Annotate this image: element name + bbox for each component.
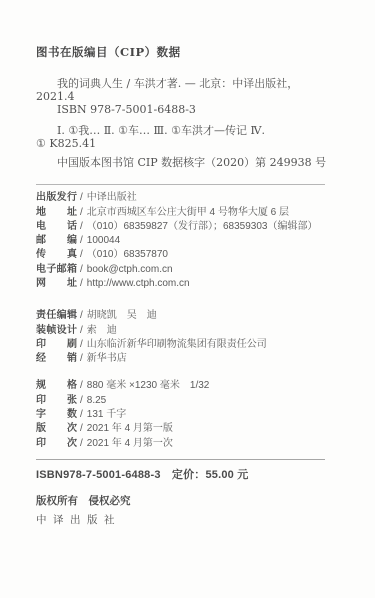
info-label: 电子邮箱	[36, 263, 77, 277]
info-row-publisher: 出版发行/中译出版社	[36, 191, 325, 205]
info-value: 100044	[87, 235, 120, 246]
info-label: 出版发行	[36, 191, 77, 205]
info-value: （010）68359827（发行部）；68359303（编辑部）	[87, 221, 318, 232]
info-value: http://www.ctph.com.cn	[87, 278, 190, 289]
cip-classification-block: Ⅰ. ①我… Ⅱ. ①车… Ⅲ. ①车洪才—传记 Ⅳ. ① K825.41	[36, 124, 325, 150]
label-value-separator: /	[77, 192, 87, 203]
info-row-format: 规格/880 毫米 ×1230 毫米 1/32	[36, 379, 325, 393]
info-label: 字数	[36, 408, 77, 422]
info-row-editor: 责任编辑/胡晓凯 吴 迪	[36, 309, 325, 323]
label-value-separator: /	[77, 264, 87, 275]
info-value: 北京市西城区车公庄大街甲 4 号物华大厦 6 层	[87, 207, 289, 218]
label-value-separator: /	[77, 278, 87, 289]
info-label: 印次	[36, 437, 77, 451]
info-label: 经销	[36, 352, 77, 366]
info-value: 索 迪	[87, 325, 117, 336]
publication-info: 出版发行/中译出版社 地址/北京市西城区车公庄大街甲 4 号物华大厦 6 层 电…	[36, 191, 325, 451]
cip-year-line: 2021.4	[36, 90, 325, 103]
info-label: 电话	[36, 220, 77, 234]
label-value-separator: /	[77, 207, 87, 218]
label-value-separator: /	[77, 221, 87, 232]
isbn-price-line: ISBN978-7-5001-6488-3 定价：55.00 元	[36, 466, 325, 482]
cip-title-line: 我的词典人生 / 车洪才著. — 北京：中译出版社，	[36, 77, 325, 90]
label-value-separator: /	[77, 339, 87, 350]
info-value: 山东临沂新华印刷物流集团有限责任公司	[87, 339, 267, 350]
info-row-designer: 装帧设计/索 迪	[36, 324, 325, 338]
cip-section: 图书在版编目（CIP）数据 我的词典人生 / 车洪才著. — 北京：中译出版社，…	[36, 44, 325, 169]
info-value: 新华书店	[87, 353, 127, 364]
label-value-separator: /	[77, 409, 87, 420]
info-value: 8.25	[87, 395, 106, 406]
cip-isbn-line: ISBN 978-7-5001-6488-3	[36, 103, 325, 116]
info-label: 版次	[36, 422, 77, 436]
publisher-imprint: 中译出版社	[36, 512, 325, 527]
info-label: 印张	[36, 394, 77, 408]
info-value: 胡晓凯 吴 迪	[87, 310, 157, 321]
info-row-email: 电子邮箱/book@ctph.com.cn	[36, 263, 325, 277]
label-value-separator: /	[77, 395, 87, 406]
cip-record-number-line: 中国版本图书馆 CIP 数据核字（2020）第 249938 号	[36, 156, 325, 169]
info-row-sheets: 印张/8.25	[36, 394, 325, 408]
page-content: 图书在版编目（CIP）数据 我的词典人生 / 车洪才著. — 北京：中译出版社，…	[0, 0, 375, 527]
info-row-wordcount: 字数/131 千字	[36, 408, 325, 422]
info-row-distributor: 经销/新华书店	[36, 352, 325, 366]
info-label: 传真	[36, 248, 77, 262]
info-row-address: 地址/北京市西城区车公庄大街甲 4 号物华大厦 6 层	[36, 206, 325, 220]
info-value: 880 毫米 ×1230 毫米 1/32	[87, 380, 210, 391]
label-value-separator: /	[77, 423, 87, 434]
info-value: 2021 年 4 月第一版	[87, 423, 173, 434]
cip-bibliographic-block: 我的词典人生 / 车洪才著. — 北京：中译出版社， 2021.4 ISBN 9…	[36, 77, 325, 117]
info-value: 中译出版社	[87, 192, 137, 203]
info-row-website: 网址/http://www.ctph.com.cn	[36, 277, 325, 291]
info-row-edition: 版次/2021 年 4 月第一版	[36, 422, 325, 436]
divider-top	[36, 184, 325, 185]
info-value: 131 千字	[87, 409, 126, 420]
info-value: 2021 年 4 月第一次	[87, 438, 173, 449]
divider-bottom	[36, 459, 325, 460]
copyright-notice: 版权所有 侵权必究	[36, 493, 325, 508]
book-copyright-page: 图书在版编目（CIP）数据 我的词典人生 / 车洪才著. — 北京：中译出版社，…	[0, 0, 375, 598]
info-label: 邮编	[36, 234, 77, 248]
info-row-printer: 印刷/山东临沂新华印刷物流集团有限责任公司	[36, 338, 325, 352]
cip-header: 图书在版编目（CIP）数据	[36, 44, 325, 60]
cip-subject-code-line: ① K825.41	[36, 137, 325, 150]
info-value: book@ctph.com.cn	[87, 264, 173, 275]
cip-classification-line: Ⅰ. ①我… Ⅱ. ①车… Ⅲ. ①车洪才—传记 Ⅳ.	[36, 124, 325, 137]
label-value-separator: /	[77, 235, 87, 246]
cip-record-block: 中国版本图书馆 CIP 数据核字（2020）第 249938 号	[36, 156, 325, 169]
info-row-fax: 传真/（010）68357870	[36, 248, 325, 262]
info-row-phone: 电话/（010）68359827（发行部）；68359303（编辑部）	[36, 220, 325, 234]
label-value-separator: /	[77, 249, 87, 260]
info-label: 网址	[36, 277, 77, 291]
label-value-separator: /	[77, 380, 87, 391]
info-row-impression: 印次/2021 年 4 月第一次	[36, 437, 325, 451]
info-label: 印刷	[36, 338, 77, 352]
label-value-separator: /	[77, 310, 87, 321]
info-label: 地址	[36, 206, 77, 220]
info-label: 装帧设计	[36, 324, 77, 338]
info-label: 责任编辑	[36, 309, 77, 323]
info-row-postcode: 邮编/100044	[36, 234, 325, 248]
label-value-separator: /	[77, 438, 87, 449]
label-value-separator: /	[77, 353, 87, 364]
label-value-separator: /	[77, 325, 87, 336]
info-label: 规格	[36, 379, 77, 393]
info-value: （010）68357870	[87, 249, 168, 260]
